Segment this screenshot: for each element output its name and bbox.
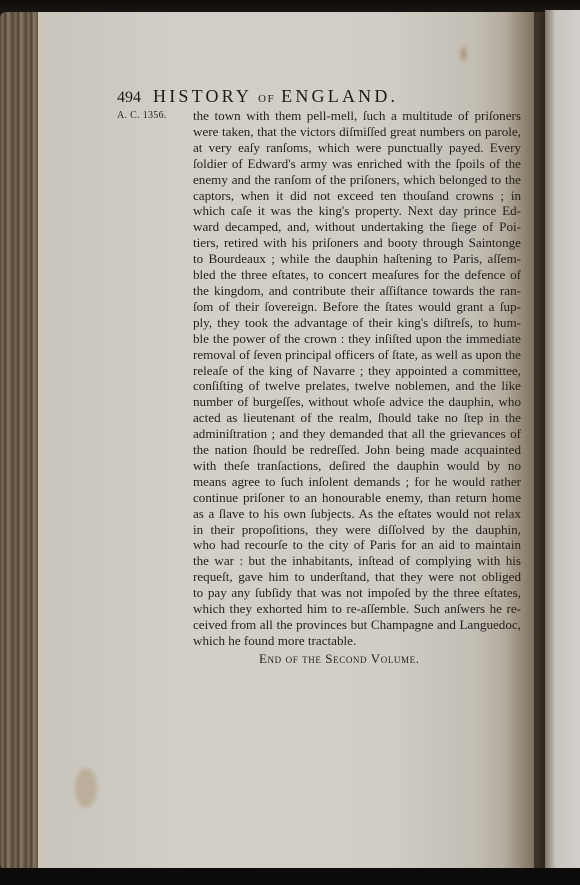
text-line: requeſt, gave him to underſtand, that th… (193, 569, 521, 585)
text-line: which they exhorted him to re-aſſemble. … (193, 601, 521, 617)
text-line: the nation ſhould be redreſſed. John bei… (193, 442, 521, 458)
text-line: the town with them pell-mell, ſuch a mul… (193, 108, 521, 124)
text-line: bled the three eſtates, to concert meaſu… (193, 267, 521, 283)
text-line: ſom of their ſovereign. Before the ſtate… (193, 299, 521, 315)
book-fore-edge (0, 12, 42, 870)
text-line: were taken, that the victors diſmiſſed g… (193, 124, 521, 140)
text-line: to pay any ſubſidy that was not impoſed … (193, 585, 521, 601)
text-line: ward decamped, and, without undertaking … (193, 219, 521, 235)
text-line: which he found more tractable. (193, 633, 521, 649)
text-line: the war : but the inhabitants, inſtead o… (193, 553, 521, 569)
text-line: number of burgeſſes, without whoſe advic… (193, 394, 521, 410)
text-line: with theſe tranſactions, deſired the dau… (193, 458, 521, 474)
page-header: 494 HISTORYOFENGLAND. (117, 86, 487, 106)
running-title: HISTORYOFENGLAND. (153, 86, 398, 107)
text-line: continue priſoner to an honourable enemy… (193, 490, 521, 506)
text-line: who had recourſe to the city of Paris fo… (193, 537, 521, 553)
page-number: 494 (117, 89, 153, 107)
text-line: means agree to ſuch inſolent demands ; f… (193, 474, 521, 490)
text-line: tiers, retired with his priſoners and bo… (193, 235, 521, 251)
text-line: ceived from all the provinces but Champa… (193, 617, 521, 633)
text-line: acted as lieutenant of the realm, ſhould… (193, 410, 521, 426)
paper-stain (75, 768, 97, 808)
running-title-part2: ENGLAND. (281, 86, 398, 106)
margin-date-note: A. C. 1356. (117, 110, 167, 121)
text-line: adminiſtration ; and they demanded that … (193, 426, 521, 442)
running-title-part1: HISTORY (153, 86, 252, 106)
text-line: ble the power of the crown : they inſiſt… (193, 331, 521, 347)
text-line: as a ſlave to his own ſubjects. As the e… (193, 506, 521, 522)
facing-page-edge (545, 10, 580, 870)
text-line: ply, they took the advantage of their ki… (193, 315, 521, 331)
paper-stain (461, 47, 466, 61)
text-line: releaſe of the king of Navarre ; they ap… (193, 363, 521, 379)
colophon-end-of-volume: End of the Second Volume. (259, 651, 420, 667)
text-line: captors, when it did not exceed ten thou… (193, 188, 521, 204)
body-text: the town with them pell-mell, ſuch a mul… (193, 108, 521, 649)
text-line: to Bourdeaux ; while the dauphin haſteni… (193, 251, 521, 267)
text-line: enemy and the ranſom of the priſoners, w… (193, 172, 521, 188)
background-bottom (0, 868, 580, 885)
text-line: which caſe it was the king's property. N… (193, 203, 521, 219)
text-line: in their propoſitions, they were diſſolv… (193, 522, 521, 538)
running-title-connector: OF (258, 93, 275, 105)
text-line: ſoldier of Edward's army was enriched wi… (193, 156, 521, 172)
text-line: at very eaſy ranſoms, which were punctua… (193, 140, 521, 156)
text-line: removal of ſeven principal officers of ſ… (193, 347, 521, 363)
text-line: conſiſting of twelve prelates, twelve no… (193, 378, 521, 394)
text-line: the kingdom, and contribute their aſſiſt… (193, 283, 521, 299)
